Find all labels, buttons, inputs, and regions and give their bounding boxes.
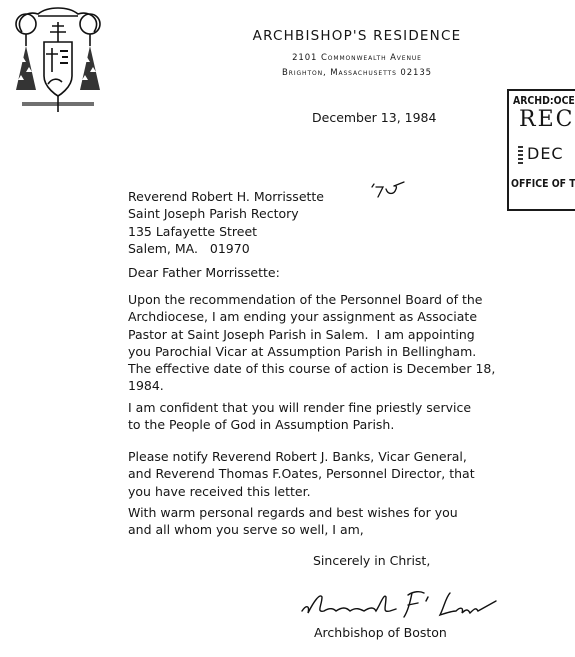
ink-blot-icon <box>518 144 523 164</box>
handwritten-annotation-icon <box>370 181 406 201</box>
stamp-archdiocese: ARCHD:OCE <box>513 94 575 107</box>
handwritten-signature-icon <box>300 583 500 628</box>
coat-of-arms-icon <box>8 2 108 120</box>
paragraph-reassignment: Upon the recommendation of the Personnel… <box>128 291 495 395</box>
recipient-parish: Saint Joseph Parish Rectory <box>128 205 324 222</box>
recipient-street: 135 Lafayette Street <box>128 223 324 240</box>
recipient-name: Reverend Robert H. Morrissette <box>128 188 324 205</box>
closing: Sincerely in Christ, <box>313 553 430 568</box>
paragraph-confidence: I am confident that you will render fine… <box>128 399 471 434</box>
stamp-office: OFFICE OF T <box>511 177 575 190</box>
letterhead-address-street: 2101 Commonwealth Avenue <box>222 53 492 63</box>
paragraph-notify: Please notify Reverend Robert J. Banks, … <box>128 448 475 500</box>
stamp-received: REC <box>519 107 575 132</box>
salutation: Dear Father Morrissette: <box>128 264 280 281</box>
letterhead-title: ARCHBISHOP'S RESIDENCE <box>222 28 492 44</box>
paragraph-regards: With warm personal regards and best wish… <box>128 504 458 539</box>
letterhead-address-city: Brighton, Massachusetts 02135 <box>222 68 492 78</box>
recipient-city: Salem, MA. 01970 <box>128 240 324 257</box>
stamp-date: DEC <box>527 144 575 163</box>
letter-date: December 13, 1984 <box>312 110 436 125</box>
signer-title: Archbishop of Boston <box>314 625 447 640</box>
recipient-address: Reverend Robert H. MorrissetteSaint Jose… <box>128 188 324 257</box>
letterhead: ARCHBISHOP'S RESIDENCE 2101 Commonwealth… <box>222 28 492 78</box>
received-stamp: ARCHD:OCE REC DEC OFFICE OF T <box>507 89 575 211</box>
stamp-month: DEC <box>527 144 564 163</box>
